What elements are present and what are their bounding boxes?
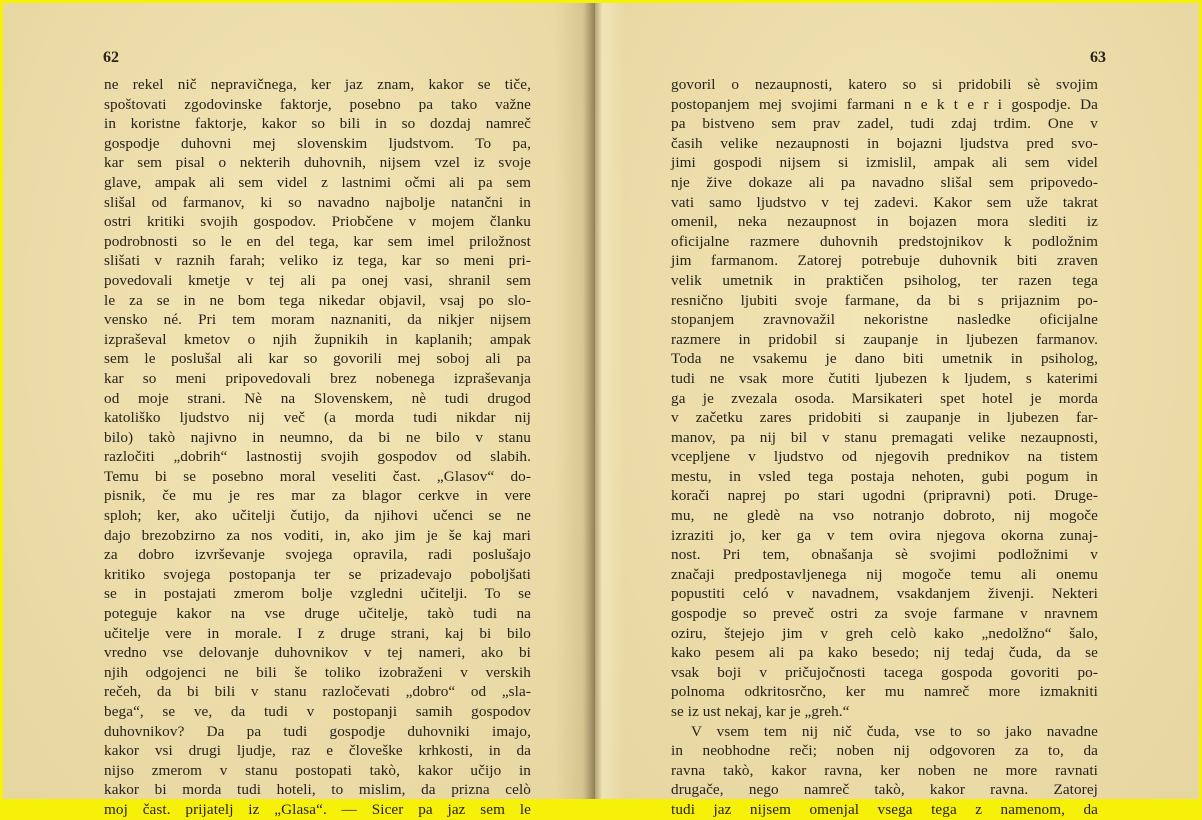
text-line: drugače, nego namreč takò, kakor ravna. … [671, 780, 1098, 800]
text-line: vcepljene v ljudstvo od njegovih prednik… [671, 447, 1098, 467]
text-line: mu, ne gledè na vso notranjo dobroto, ni… [671, 506, 1098, 526]
text-line: časih velike nezaupnosti in bojazni ljud… [671, 134, 1098, 154]
page-text: ne rekel nič nepravičnega, ker jaz znam,… [104, 75, 531, 802]
text-line: podrobnosti so le en del tega, kar sem i… [104, 232, 531, 252]
text-line: korači naprej po stari ugodni (pripravni… [671, 486, 1098, 506]
text-line: ne rekel nič nepravičnega, ker jaz znam,… [104, 75, 531, 95]
text-line: postopanjem mej svojimi farmani n e k t … [671, 95, 1098, 115]
text-line: govoril o nezaupnosti, katero so si prid… [671, 75, 1098, 95]
text-line: kritiko svojega postopanja ter se prizad… [104, 565, 531, 585]
book-spread: 62 ne rekel nič nepravičnega, ker jaz zn… [3, 3, 1199, 799]
text-line: se iz ust nekaj, kar je „greh.“ [671, 702, 1098, 722]
text-line: izraziti jo, ker ga v tem ovira njegova … [671, 526, 1098, 546]
text-line: nost. Pri tem, obnašanja sè svojimi podl… [671, 545, 1098, 565]
text-line: povedovali kmetje v tej ali pa onej vasi… [104, 271, 531, 291]
text-line: nje žive dokaze ali pa navadno slišal se… [671, 173, 1098, 193]
text-line: kar so meni pripovedovali brez nobenega … [104, 369, 531, 389]
text-line: pa bistveno sem prav zadel, tudi zdaj tr… [671, 114, 1098, 134]
page-number: 62 [103, 49, 119, 67]
text-line: dajo brezobzirno za nos voditi, in, ako … [104, 526, 531, 546]
right-page: 63 govoril o nezaupnosti, katero so si p… [595, 3, 1199, 799]
text-line: za dobro izvrševanje svojega opravila, r… [104, 545, 531, 565]
text-line: pisnik, če mu je res mar za blagor cerkv… [104, 486, 531, 506]
text-line: bega“, se ve, da tudi v postopanji samih… [104, 702, 531, 722]
text-line: izpraševal kmetov o njih župnikih in kap… [104, 330, 531, 350]
text-line: popustiti celó v navadnem, vsakdanjem ži… [671, 584, 1098, 604]
text-line: učitelje vere in morale. I z druge stran… [104, 624, 531, 644]
text-line: polnoma odkritosrčno, ker mu namreč more… [671, 682, 1098, 702]
text-line: oziru, štejejo jim v greh celò kako „ned… [671, 624, 1098, 644]
text-line: ravna takò, kakor ravna, ker noben ne mo… [671, 761, 1098, 781]
text-line: jim farmanom. Zatorej potrebuje duhovnik… [671, 251, 1098, 271]
text-line: in neobhodne reči; noben nij odgovoren z… [671, 741, 1098, 761]
text-line: kako pesem ali pa kako besedo; nij tedaj… [671, 643, 1098, 663]
text-line: kakor bi morda tudi hoteli, to mislim, d… [104, 780, 531, 800]
text-line: kar sem pisal o nekterih duhovnih, nijse… [104, 153, 531, 173]
text-line: vensko né. Pri tem moram naznaniti, da n… [104, 310, 531, 330]
text-line: stopanjem zravnovažil nekoristne nasledk… [671, 310, 1098, 330]
text-line: slišal od farmanov, ki so navadno najbol… [104, 193, 531, 213]
text-line: njih odgojenci ne bili še toliko izobraž… [104, 663, 531, 683]
text-line: sem le poslušal ali kar so govorili mej … [104, 349, 531, 369]
text-line: jimi gospodi nijsem si izmislil, ampak a… [671, 153, 1098, 173]
text-line: resnično ljubiti svoje farmane, da bi s … [671, 291, 1098, 311]
text-line: slišati v raznih farah; veliko iz tega, … [104, 251, 531, 271]
text-line: glave, ampak ali sem videl z lastnimi oč… [104, 173, 531, 193]
text-line: Temu bi se posebno moral veseliti čast. … [104, 467, 531, 487]
text-line: le za se in ne bom tega nikedar objavil,… [104, 291, 531, 311]
page-text: govoril o nezaupnosti, katero so si prid… [671, 75, 1098, 802]
page-number: 63 [1090, 49, 1106, 67]
text-line: gospodje so preveč ostri za svoje farman… [671, 604, 1098, 624]
text-line: rečeh, da bi bili v stanu razločevati „d… [104, 682, 531, 702]
text-line: kakor vsi drugi ljudje, raz e človeške k… [104, 741, 531, 761]
text-line: ostri kritiki svojih gospodov. Priobčene… [104, 212, 531, 232]
text-line: ga je zvezala osoda. Marsikateri spet ho… [671, 389, 1098, 409]
text-line: gospodje duhovni mej slovenskim ljudstvo… [104, 134, 531, 154]
text-line: v začetku zares pridobiti si zaupanje in… [671, 408, 1098, 428]
text-line: V vsem tem nij nič čuda, vse to so jako … [671, 722, 1098, 742]
text-line: duhovnikov? Da pa tudi gospodje duhovnik… [104, 722, 531, 742]
text-line: razločiti „dobrih“ lastnostij svojih gos… [104, 447, 531, 467]
text-line: vredno vse delovanje duhovnikov v tej na… [104, 643, 531, 663]
text-line: nijso zmerom v stanu postopati takò, kak… [104, 761, 531, 781]
text-line: katoliško ljudstvo nij več (a morda tudi… [104, 408, 531, 428]
text-line: vati samo ljudstvo v tej zadevi. Kakor s… [671, 193, 1098, 213]
text-line: od moje strani. Nè na Slovenskem, nè tud… [104, 389, 531, 409]
text-line: mestu, in vsled tega postaja nehoten, gu… [671, 467, 1098, 487]
text-line: poteguje kakor na vse druge učitelje, ta… [104, 604, 531, 624]
text-line: oficijalne razmere duhovnih predstojniko… [671, 232, 1098, 252]
text-line: velik umetnik in praktičen psiholog, ter… [671, 271, 1098, 291]
text-line: manov, pa nij bil v stanu premagati veli… [671, 428, 1098, 448]
text-line: in koristne faktorje, kakor so bili in s… [104, 114, 531, 134]
left-page: 62 ne rekel nič nepravičnega, ker jaz zn… [3, 3, 595, 799]
text-line: spoštovati zgodovinske faktorje, posebno… [104, 95, 531, 115]
text-line: značaji predpostavljenega nij mogoče tem… [671, 565, 1098, 585]
text-line: bilo) takò najivno in neumno, da bi ne b… [104, 428, 531, 448]
text-line: razmere in pridobil si zaupanje in ljube… [671, 330, 1098, 350]
text-line: Toda ne vsakemu je dano biti umetnik in … [671, 349, 1098, 369]
text-line: se in postajati zmerom bolje vzgledni uč… [104, 584, 531, 604]
text-line: omenil, neka nezaupnost in bojazen mora … [671, 212, 1098, 232]
text-line: sploh; ker, ako učitelji čutijo, da njih… [104, 506, 531, 526]
text-line: tudi ne vsak more čutiti ljubezen k ljud… [671, 369, 1098, 389]
text-line: vsak boji v pričujočnosti tacega gospoda… [671, 663, 1098, 683]
